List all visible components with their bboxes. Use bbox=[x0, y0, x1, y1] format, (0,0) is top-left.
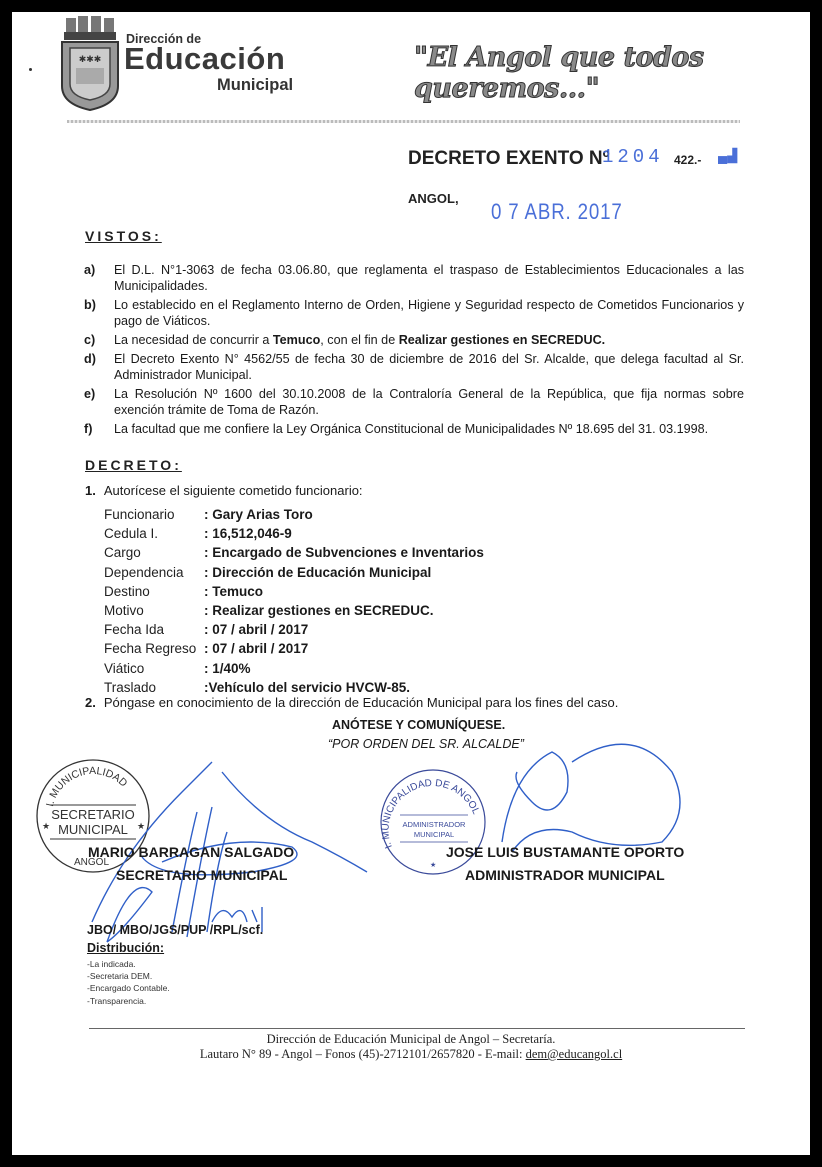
administrator-stamp-icon: I. MUNICIPALIDAD DE ANGOL ADMINISTRADOR … bbox=[378, 767, 488, 877]
header-divider bbox=[67, 120, 740, 123]
item-letter: d) bbox=[84, 351, 114, 383]
field-label: Cargo bbox=[104, 543, 204, 562]
item-text: El D.L. N°1-3063 de fecha 03.06.80, que … bbox=[114, 262, 744, 294]
svg-text:MUNICIPAL: MUNICIPAL bbox=[414, 830, 454, 839]
distribution-item: -Secretaria DEM. bbox=[87, 970, 170, 982]
svg-text:✱✱✱: ✱✱✱ bbox=[79, 54, 102, 64]
decreto-item-1: 1.Autorícese el siguiente cometido funci… bbox=[85, 483, 363, 498]
field-value: : Encargado de Subvenciones e Inventario… bbox=[204, 543, 484, 562]
slogan: "El Angol que todos queremos..." bbox=[414, 42, 810, 104]
municipal-crest-icon: ✱✱✱ bbox=[58, 16, 122, 112]
field-label: Traslado bbox=[104, 678, 204, 697]
item-letter: f) bbox=[84, 421, 114, 437]
item-text: La necesidad de concurrir a Temuco, con … bbox=[114, 332, 744, 348]
vistos-item: e) La Resolución Nº 1600 del 30.10.2008 … bbox=[84, 386, 744, 418]
closing-formula: ANÓTESE Y COMUNÍQUESE. bbox=[332, 718, 505, 732]
vistos-item: d) El Decreto Exento N° 4562/55 de fecha… bbox=[84, 351, 744, 383]
svg-text:I. MUNICIPALIDAD DE ANGOL: I. MUNICIPALIDAD DE ANGOL bbox=[380, 778, 481, 850]
scan-speck bbox=[29, 68, 32, 71]
secretary-name: MARIO BARRAGAN SALGADO bbox=[88, 844, 294, 860]
vistos-heading: VISTOS: bbox=[85, 228, 162, 244]
field-row: Viático: 1/40% bbox=[104, 659, 484, 678]
svg-text:SECRETARIO: SECRETARIO bbox=[51, 807, 135, 822]
field-row: Cedula I.: 16,512,046-9 bbox=[104, 524, 484, 543]
field-label: Funcionario bbox=[104, 505, 204, 524]
vistos-item: c) La necesidad de concurrir a Temuco, c… bbox=[84, 332, 744, 348]
decreto-item-2: 2.Póngase en conocimiento de la direcció… bbox=[85, 695, 618, 710]
logo-line-2: Educación bbox=[124, 41, 285, 77]
field-row: Funcionario: Gary Arias Toro bbox=[104, 505, 484, 524]
field-label: Dependencia bbox=[104, 563, 204, 582]
vistos-item: f) La facultad que me confiere la Ley Or… bbox=[84, 421, 744, 437]
text-segment: , con el fin de bbox=[320, 333, 398, 347]
field-value: : 07 / abril / 2017 bbox=[204, 620, 308, 639]
vistos-item: b) Lo establecido en el Reglamento Inter… bbox=[84, 297, 744, 329]
item-letter: b) bbox=[84, 297, 114, 329]
commission-fields: Funcionario: Gary Arias Toro Cedula I.: … bbox=[104, 505, 484, 697]
field-value: :Vehículo del servicio HVCW-85. bbox=[204, 678, 410, 697]
field-value: : 1/40% bbox=[204, 659, 251, 678]
item-text: Autorícese el siguiente cometido funcion… bbox=[104, 483, 363, 498]
field-value: : 07 / abril / 2017 bbox=[204, 639, 308, 658]
field-value: : Realizar gestiones en SECREDUC. bbox=[204, 601, 434, 620]
distribution-item: -La indicada. bbox=[87, 958, 170, 970]
field-value: : 16,512,046-9 bbox=[204, 524, 292, 543]
decreto-heading: DECRETO: bbox=[85, 457, 182, 473]
footer-address: Lautaro N° 89 - Angol – Fonos (45)-27121… bbox=[200, 1047, 526, 1061]
item-number: 1. bbox=[85, 483, 96, 498]
order-of-mayor: “POR ORDEN DEL SR. ALCALDE” bbox=[328, 737, 524, 751]
destination-bold: Temuco bbox=[273, 333, 320, 347]
secretary-role: SECRETARIO MUNICIPAL bbox=[116, 867, 287, 883]
svg-text:ADMINISTRADOR: ADMINISTRADOR bbox=[403, 820, 467, 829]
decree-title: DECRETO EXENTO Nº bbox=[408, 148, 610, 170]
field-value: : Gary Arias Toro bbox=[204, 505, 313, 524]
svg-text:★: ★ bbox=[137, 821, 145, 831]
item-text: El Decreto Exento N° 4562/55 de fecha 30… bbox=[114, 351, 744, 383]
field-label: Viático bbox=[104, 659, 204, 678]
svg-text:MUNICIPAL: MUNICIPAL bbox=[58, 822, 128, 837]
field-row: Cargo: Encargado de Subvenciones e Inven… bbox=[104, 543, 484, 562]
administrator-name: JOSE LUIS BUSTAMANTE OPORTO bbox=[446, 844, 684, 860]
footer-line-2: Lautaro N° 89 - Angol – Fonos (45)-27121… bbox=[12, 1047, 810, 1062]
distribution-item: -Transparencia. bbox=[87, 995, 170, 1007]
field-label: Fecha Ida bbox=[104, 620, 204, 639]
decree-suffix: 422.- bbox=[674, 153, 701, 167]
field-row: Dependencia: Dirección de Educación Muni… bbox=[104, 563, 484, 582]
item-text: La Resolución Nº 1600 del 30.10.2008 de … bbox=[114, 386, 744, 418]
text-segment: La necesidad de concurrir a bbox=[114, 333, 273, 347]
item-number: 2. bbox=[85, 695, 96, 710]
logo-line-3: Municipal bbox=[217, 76, 293, 95]
distribution-item: -Encargado Contable. bbox=[87, 982, 170, 994]
svg-text:I. MUNICIPALIDAD: I. MUNICIPALIDAD bbox=[44, 765, 130, 808]
field-label: Cedula I. bbox=[104, 524, 204, 543]
item-letter: c) bbox=[84, 332, 114, 348]
field-row: Motivo: Realizar gestiones en SECREDUC. bbox=[104, 601, 484, 620]
distribution-heading: Distribución: bbox=[87, 941, 164, 955]
vistos-list: a) El D.L. N°1-3063 de fecha 03.06.80, q… bbox=[84, 262, 744, 440]
item-text: Lo establecido en el Reglamento Interno … bbox=[114, 297, 744, 329]
field-row: Fecha Regreso: 07 / abril / 2017 bbox=[104, 639, 484, 658]
vistos-item: a) El D.L. N°1-3063 de fecha 03.06.80, q… bbox=[84, 262, 744, 294]
footer-line-1: Dirección de Educación Municipal de Ango… bbox=[12, 1032, 810, 1047]
item-letter: a) bbox=[84, 262, 114, 294]
field-label: Motivo bbox=[104, 601, 204, 620]
footer-email-link[interactable]: dem@educangol.cl bbox=[526, 1047, 623, 1061]
field-label: Fecha Regreso bbox=[104, 639, 204, 658]
date-stamp: 0 7 ABR. 2017 bbox=[491, 199, 623, 225]
purpose-bold: Realizar gestiones en SECREDUC. bbox=[399, 333, 605, 347]
field-row: Fecha Ida: 07 / abril / 2017 bbox=[104, 620, 484, 639]
item-text: Póngase en conocimiento de la dirección … bbox=[104, 695, 619, 710]
distribution-list: -La indicada. -Secretaria DEM. -Encargad… bbox=[87, 958, 170, 1007]
field-value: : Dirección de Educación Municipal bbox=[204, 563, 431, 582]
place-label: ANGOL, bbox=[408, 191, 459, 206]
item-text: La facultad que me confiere la Ley Orgán… bbox=[114, 421, 744, 437]
footer-divider bbox=[89, 1028, 745, 1029]
svg-text:★: ★ bbox=[42, 821, 50, 831]
administrator-role: ADMINISTRADOR MUNICIPAL bbox=[465, 867, 665, 883]
handwritten-mark-icon: ▄▟ bbox=[718, 148, 737, 164]
field-row: Traslado:Vehículo del servicio HVCW-85. bbox=[104, 678, 484, 697]
field-value: : Temuco bbox=[204, 582, 263, 601]
reference-initials: JBO/ MBO/JGS/PUP /RPL/scf. bbox=[87, 923, 263, 937]
svg-text:★: ★ bbox=[430, 861, 436, 869]
item-letter: e) bbox=[84, 386, 114, 418]
decree-number-stamp: 1204 bbox=[602, 146, 664, 168]
field-label: Destino bbox=[104, 582, 204, 601]
document-page: ✱✱✱ Dirección de Educación Municipal "El… bbox=[12, 12, 810, 1155]
field-row: Destino: Temuco bbox=[104, 582, 484, 601]
